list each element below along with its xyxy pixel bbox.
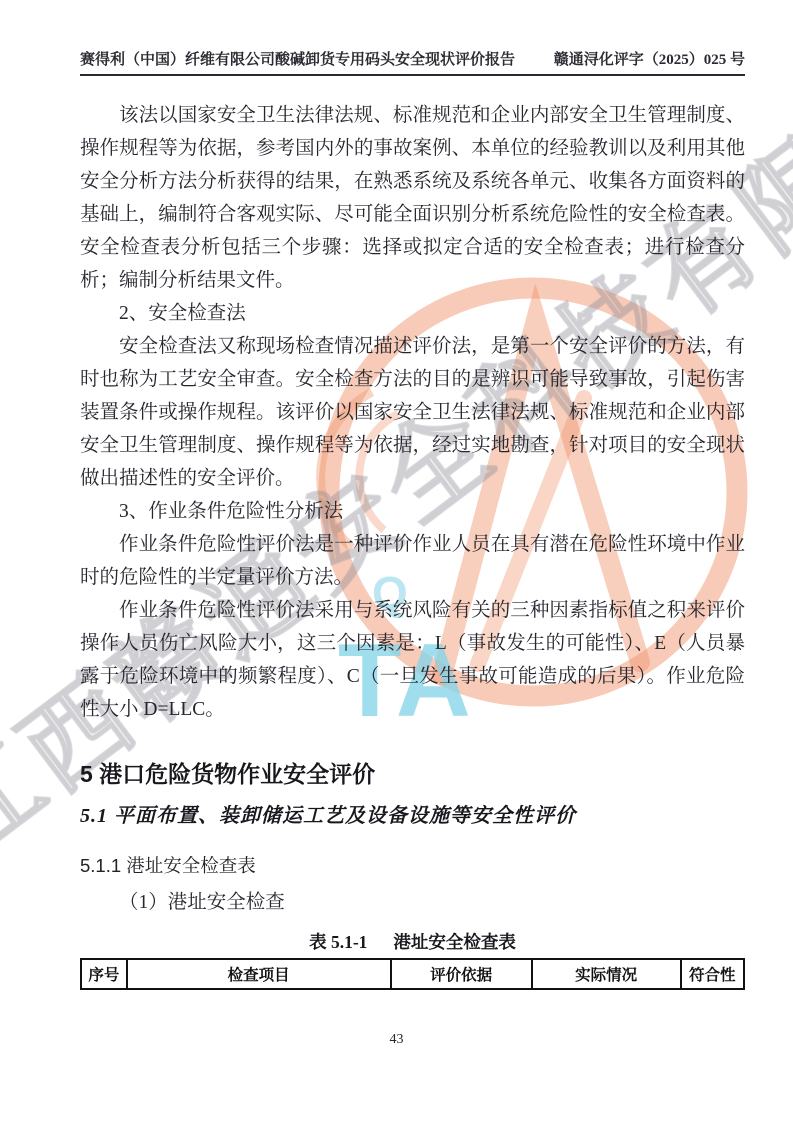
table-caption: 表 5.1-1港址安全检查表 bbox=[80, 929, 745, 954]
list-item-2-safety-inspection: 2、安全检查法 bbox=[80, 297, 745, 330]
list-item-1-site-check: （1）港址安全检查 bbox=[80, 886, 745, 919]
page-footer: 43 bbox=[0, 1032, 793, 1048]
list-item-3-job-hazard-analysis: 3、作业条件危险性分析法 bbox=[80, 495, 745, 528]
table-header-row: 序号 检查项目 评价依据 实际情况 符合性 bbox=[81, 959, 744, 989]
page-content: 该法以国家安全卫生法律法规、标准规范和企业内部安全卫生管理制度、操作规程等为依据… bbox=[80, 99, 745, 990]
section-heading-5: 5 港口危险货物作业安全评价 bbox=[80, 756, 745, 789]
section-heading-5-1: 5.1 平面布置、装卸储运工艺及设备设施等安全性评价 bbox=[80, 799, 745, 828]
page-header: 赛得利（中国）纤维有限公司酸碱卸货专用码头安全现状评价报告 赣通浔化评字（202… bbox=[80, 48, 745, 76]
table-caption-number: 表 5.1-1 bbox=[309, 932, 367, 952]
paragraph-lec-intro: 作业条件危险性评价法是一种评价作业人员在具有潜在危险性环境中作业时的危险性的半定… bbox=[80, 528, 745, 594]
column-header-serial: 序号 bbox=[81, 959, 127, 989]
paragraph-checklist-method: 该法以国家安全卫生法律法规、标准规范和企业内部安全卫生管理制度、操作规程等为依据… bbox=[80, 99, 745, 297]
document-page: 江西赣通安全科技有限公司 Q TA 赛得利（中国）纤维有限公司酸碱卸货专用码头安… bbox=[0, 0, 793, 1122]
paragraph-safety-inspection: 安全检查法又称现场检查情况描述评价法，是第一个安全评价的方法，有时也称为工艺安全… bbox=[80, 330, 745, 495]
header-document-number: 赣通浔化评字（2025）025 号 bbox=[554, 48, 745, 69]
header-report-title: 赛得利（中国）纤维有限公司酸碱卸货专用码头安全现状评价报告 bbox=[80, 48, 515, 69]
page-number: 43 bbox=[390, 1032, 404, 1047]
column-header-actual: 实际情况 bbox=[532, 959, 681, 989]
site-safety-checklist-table: 序号 检查项目 评价依据 实际情况 符合性 bbox=[80, 958, 745, 990]
paragraph-lec-factors: 作业条件危险性评价法采用与系统风险有关的三种因素指标值之积来评价操作人员伤亡风险… bbox=[80, 594, 745, 726]
column-header-conformity: 符合性 bbox=[681, 959, 744, 989]
column-header-basis: 评价依据 bbox=[391, 959, 532, 989]
column-header-check-item: 检查项目 bbox=[127, 959, 391, 989]
section-heading-5-1-1: 5.1.1 港址安全检查表 bbox=[80, 852, 745, 878]
table-caption-title: 港址安全检查表 bbox=[393, 932, 516, 952]
